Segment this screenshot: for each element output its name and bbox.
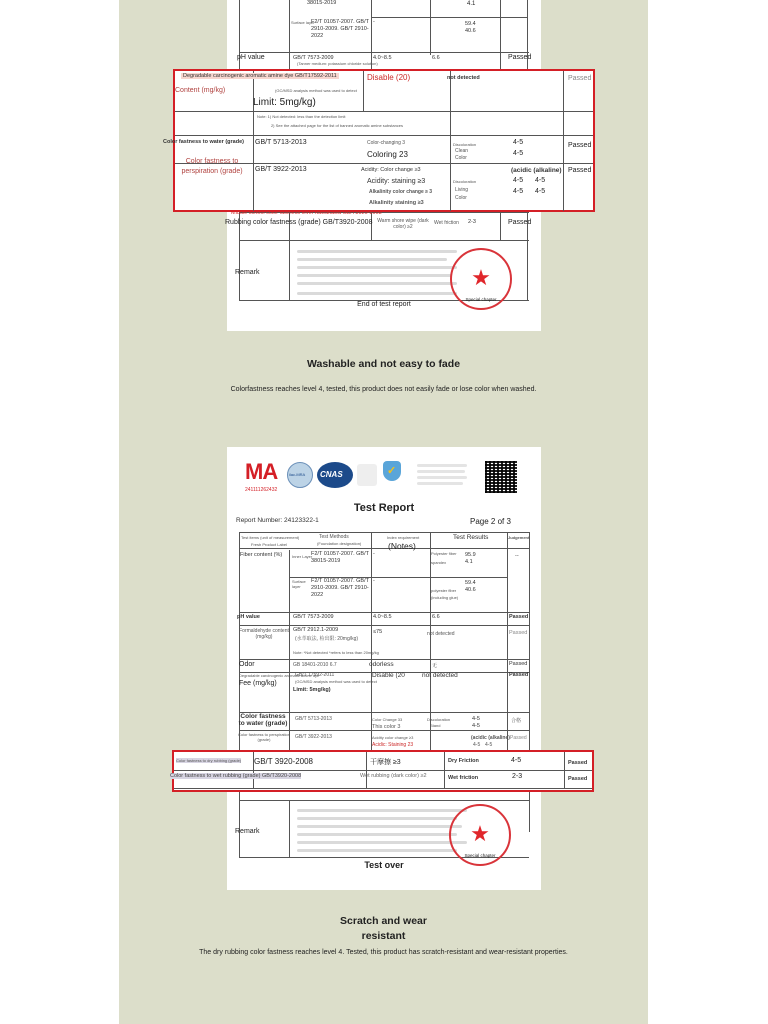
header-requirement-small: Index requirement bbox=[387, 535, 419, 540]
perspiration-req-2-2: Acidic: Staining 23 bbox=[372, 742, 413, 748]
odor-judgement: Passed bbox=[509, 661, 527, 667]
amine-judgement-2: Passed bbox=[509, 672, 528, 678]
perspiration-res-label-2: Living bbox=[455, 187, 468, 193]
rubbing-judgement: Passed bbox=[508, 219, 531, 226]
wet-rubbing-result: 2-3 bbox=[512, 773, 522, 780]
rubbing-result-label: Wet friction bbox=[434, 220, 459, 226]
caption-1-title: Washable and not easy to fade bbox=[119, 358, 648, 370]
end-of-report-text: End of test report bbox=[227, 301, 541, 308]
perspiration-result-1a: 4-5 bbox=[513, 177, 523, 184]
fiber-method-2: F2/T 01057-2007. GB/T 2910-2009. GB/T 29… bbox=[311, 578, 371, 599]
perspiration-res-label-3: Color bbox=[455, 195, 467, 201]
shield-check-icon: ✓ bbox=[383, 461, 401, 481]
wet-rubbing-result-label: Wet friction bbox=[448, 775, 478, 781]
water-res-label-1-2: Discoloration bbox=[427, 717, 450, 722]
header-requirement: (Notes) bbox=[388, 541, 416, 551]
perspiration-result-b-2: 4-5 bbox=[485, 742, 492, 748]
wet-rubbing-requirement: Wet rubbing (dark color) ≥2 bbox=[360, 773, 427, 779]
fiber-item: Fiber content (%) bbox=[240, 552, 282, 558]
dry-rubbing-result: 4-5 bbox=[511, 757, 521, 764]
wet-rubbing-item: Color fastness to wet rubbing (grade) GB… bbox=[170, 773, 301, 779]
fiber-result-2: 4.1 bbox=[465, 559, 473, 565]
cma-logo: MA bbox=[245, 459, 277, 485]
perspiration-judgement-2: Passed bbox=[510, 735, 527, 741]
surface-method: F2/T 01057-2007. GB/T 2910-2009. GB/T 29… bbox=[311, 19, 371, 40]
page-indicator: Page 2 of 3 bbox=[470, 517, 511, 526]
dry-rubbing-method: GB/T 3920-2008 bbox=[254, 757, 313, 766]
header-results: Test Results bbox=[453, 534, 488, 541]
water-method: GB/T 5713-2013 bbox=[255, 139, 307, 146]
ph-method-note: (Tanner medium: potassium chloride solut… bbox=[297, 61, 378, 66]
remark-label-2: Remark bbox=[235, 828, 260, 835]
ph-item-2: pH value bbox=[237, 614, 260, 620]
caption-1-text: Colorfastness reaches level 4, tested, t… bbox=[119, 386, 648, 393]
report-number: Report Number: 24123322-1 bbox=[236, 517, 319, 524]
water-item-2: Color fastness to water (grade) bbox=[237, 713, 289, 727]
perspiration-result-2a: 4-5 bbox=[513, 188, 523, 195]
water-res-label-2-2: Stand bbox=[430, 723, 440, 728]
perspiration-req-2: Acidity: staining ≥3 bbox=[367, 178, 425, 185]
amine-item-sub: Content (mg/kg) bbox=[175, 87, 225, 94]
surface-result-2: 40.6 bbox=[465, 28, 476, 34]
dry-rubbing-item: Color fastness to dry rubbing (grade) bbox=[176, 758, 241, 763]
surface-dash: - bbox=[373, 19, 375, 25]
amine-judgement: Passed bbox=[568, 75, 591, 82]
rubbing-item: Rubbing color fastness (grade) GB/T3920-… bbox=[225, 219, 372, 226]
star-icon: ★ bbox=[470, 823, 490, 845]
amine-limit-2: Limit: 5mg/kg) bbox=[293, 687, 331, 693]
star-icon: ★ bbox=[471, 267, 491, 289]
formaldehyde-method: GB/T 2912.1-2009 bbox=[293, 627, 338, 633]
amine-result: not detected bbox=[447, 75, 480, 81]
dry-rubbing-requirement: 干摩擦 ≥3 bbox=[370, 757, 401, 767]
perspiration-result-a-2: 4-5 bbox=[473, 742, 480, 748]
odor-result: 无 bbox=[432, 662, 437, 669]
cma-number: 241111262432 bbox=[245, 487, 277, 493]
amine-item-2: Fee (mg/kg) bbox=[239, 680, 277, 687]
perspiration-result-1b: 4-5 bbox=[535, 177, 545, 184]
fiber-inner-label: Inner Layer bbox=[292, 554, 312, 559]
stamp-label-2: Special chapter bbox=[451, 853, 509, 858]
report-title: Test Report bbox=[227, 502, 541, 514]
fiber-result-4: 40.6 bbox=[465, 587, 476, 593]
water-req-2-2: This color 3 bbox=[372, 724, 400, 730]
header-methods: Test Methods bbox=[319, 534, 349, 540]
fiber-result-1: 95.9 bbox=[465, 552, 476, 558]
perspiration-item: Color fastness to perspiration (grade) bbox=[179, 157, 245, 177]
caption-2-title-line-1: Scratch and wear bbox=[119, 915, 648, 927]
ph-method-2: GB/T 7573-2009 bbox=[293, 614, 334, 620]
ph-item: pH value bbox=[237, 54, 265, 61]
rubbing-requirement: Warm shore wipe (dark color) ≥2 bbox=[377, 218, 429, 230]
amine-note-1: Note: 1) Not detected: less than the det… bbox=[257, 114, 346, 119]
fiber-dash-2: - bbox=[373, 578, 375, 584]
perspiration-req-4: Alkalinity staining ≥3 bbox=[369, 200, 424, 206]
fiber-result-3: 59.4 bbox=[465, 580, 476, 586]
dry-rubbing-result-label: Dry Friction bbox=[448, 758, 479, 764]
fiber-res-label-3: polyester fiber bbox=[431, 588, 456, 593]
test-report-page-2: MA 241111262432 ilac-MRA CNAS ✓ Test Rep… bbox=[227, 447, 541, 890]
water-result-1: 4-5 bbox=[513, 139, 523, 146]
formaldehyde-result: not detected bbox=[427, 631, 455, 637]
header-fresh-label: Fresh Product Label bbox=[251, 542, 287, 547]
wet-rubbing-judgement: Passed bbox=[568, 776, 587, 782]
fiber-method-1: F2/T 01057-2007. GB/T 38015-2019 bbox=[311, 551, 371, 565]
ph-requirement: 4.0~8.5 bbox=[373, 55, 392, 61]
odor-requirement: odorless bbox=[369, 661, 394, 668]
surface-result-1: 59.4 bbox=[465, 21, 476, 27]
remark-label: Remark bbox=[235, 269, 260, 276]
ph-result-2: 6.6 bbox=[432, 614, 440, 620]
fiber-res-label-4: (including glue) bbox=[431, 595, 458, 600]
water-result-2-2: 4-5 bbox=[472, 723, 480, 729]
perspiration-result-2b: 4-5 bbox=[535, 188, 545, 195]
perspiration-method-2: GB/T 3922-2013 bbox=[295, 734, 332, 740]
header-items: Test items (unit of measurement) bbox=[241, 535, 299, 540]
fiber-surface-label: Surface layer bbox=[292, 579, 306, 589]
perspiration-judgement: Passed bbox=[568, 167, 591, 174]
ph-result: 6.6 bbox=[432, 55, 440, 61]
amine-result-2: not detected bbox=[422, 672, 458, 679]
odor-method: GB 18401-2010 6.7 bbox=[293, 662, 337, 668]
perspiration-req-1: Acidity: Color change ≥3 bbox=[361, 167, 421, 173]
caption-2-title-line-2: resistant bbox=[119, 930, 648, 942]
water-res-label-3: Color bbox=[455, 155, 467, 161]
caption-2-text: The dry rubbing color fastness reaches l… bbox=[119, 949, 648, 956]
highlight-box-amine-and-fastness: Degradable carcinogenic aromatic amine d… bbox=[173, 69, 595, 212]
fiber-dash-1: - bbox=[373, 551, 375, 557]
water-res-label-1: Discoloration bbox=[453, 142, 476, 147]
dry-rubbing-judgement: Passed bbox=[568, 760, 587, 766]
water-req-1: Color-changing 3 bbox=[367, 140, 405, 146]
perspiration-res-label-1: Discoloration bbox=[453, 179, 476, 184]
water-req-1-2: Color Change 33 bbox=[372, 717, 402, 722]
water-result-2: 4-5 bbox=[513, 150, 523, 157]
formaldehyde-note: Note: *Not detected *refers to less than… bbox=[293, 650, 379, 655]
header-methods-sub: (Foundation designation) bbox=[317, 541, 361, 546]
ph-requirement-2: 4.0~8.5 bbox=[373, 614, 392, 620]
fiber-res-label-1: Polyester fiber bbox=[431, 551, 457, 556]
formaldehyde-method-note: (水萃取法, 检出限: 20mg/kg) bbox=[295, 635, 358, 642]
amine-method-note: (GC/MSD analysis method was used to dete… bbox=[275, 88, 357, 93]
amine-item: Degradable carcinogenic aromatic amine d… bbox=[181, 73, 339, 79]
water-result-1-2: 4-5 bbox=[472, 716, 480, 722]
highlight-box-rubbing: Color fastness to dry rubbing (grade) GB… bbox=[172, 750, 594, 792]
amine-method-2: GB/T 17592-2011 bbox=[295, 672, 334, 678]
water-req-2: Coloring 23 bbox=[367, 150, 408, 159]
perspiration-item-2: Color fastness to perspiration (grade) bbox=[237, 732, 291, 742]
amine-note-2: 2) See the attached page for the list of… bbox=[267, 123, 407, 128]
cnas-logo: CNAS bbox=[317, 462, 353, 488]
ph-judgement-2: Passed bbox=[509, 614, 528, 620]
header-judgement: Judgement bbox=[508, 535, 529, 540]
odor-item: Odor bbox=[239, 661, 255, 668]
water-judgement: Passed bbox=[568, 142, 591, 149]
amine-requirement: Disable (20) bbox=[367, 73, 410, 82]
amine-requirement-2: Disable (20 bbox=[372, 672, 405, 679]
formaldehyde-item: Formaldehyde content (mg/kg) bbox=[239, 628, 289, 640]
ph-judgement: Passed bbox=[508, 54, 531, 61]
formaldehyde-requirement: ≤75 bbox=[373, 629, 382, 635]
fiber-judgement: -- bbox=[515, 553, 519, 559]
water-method-2: GB/T 5713-2013 bbox=[295, 716, 332, 722]
perspiration-res-header: (acidic (alkaline) bbox=[511, 167, 562, 174]
water-judgement-2: 合格 bbox=[511, 717, 521, 724]
fiber-method-tail: 38015-2019 bbox=[307, 0, 336, 6]
qr-code bbox=[485, 461, 517, 493]
official-stamp-2: ★ Special chapter bbox=[449, 804, 511, 866]
fiber-res-label-2: spandex bbox=[431, 560, 446, 565]
perspiration-method: GB/T 3922-2013 bbox=[255, 166, 307, 173]
test-over-text: Test over bbox=[227, 860, 541, 870]
ilac-mra-logo: ilac-MRA bbox=[287, 462, 313, 488]
spandex-value: 4.1 bbox=[467, 1, 475, 7]
amine-method-note-2: (GC/MSD analysis method was used to dete… bbox=[295, 679, 377, 684]
water-res-label-2: Clean bbox=[455, 148, 468, 154]
perspiration-req-3: Alkalinity color change ≥ 3 bbox=[369, 189, 432, 195]
rubbing-result-wet: 2-3 bbox=[468, 219, 476, 225]
perspiration-res-header-2: (acidic (alkaline) bbox=[471, 735, 510, 741]
formaldehyde-judgement: Passed bbox=[509, 630, 527, 636]
amine-limit: Limit: 5mg/kg) bbox=[253, 97, 316, 108]
water-item: Color fastness to water (grade) bbox=[163, 139, 244, 145]
perspiration-req-1-2: Acidity color change ≥3 bbox=[372, 735, 413, 740]
